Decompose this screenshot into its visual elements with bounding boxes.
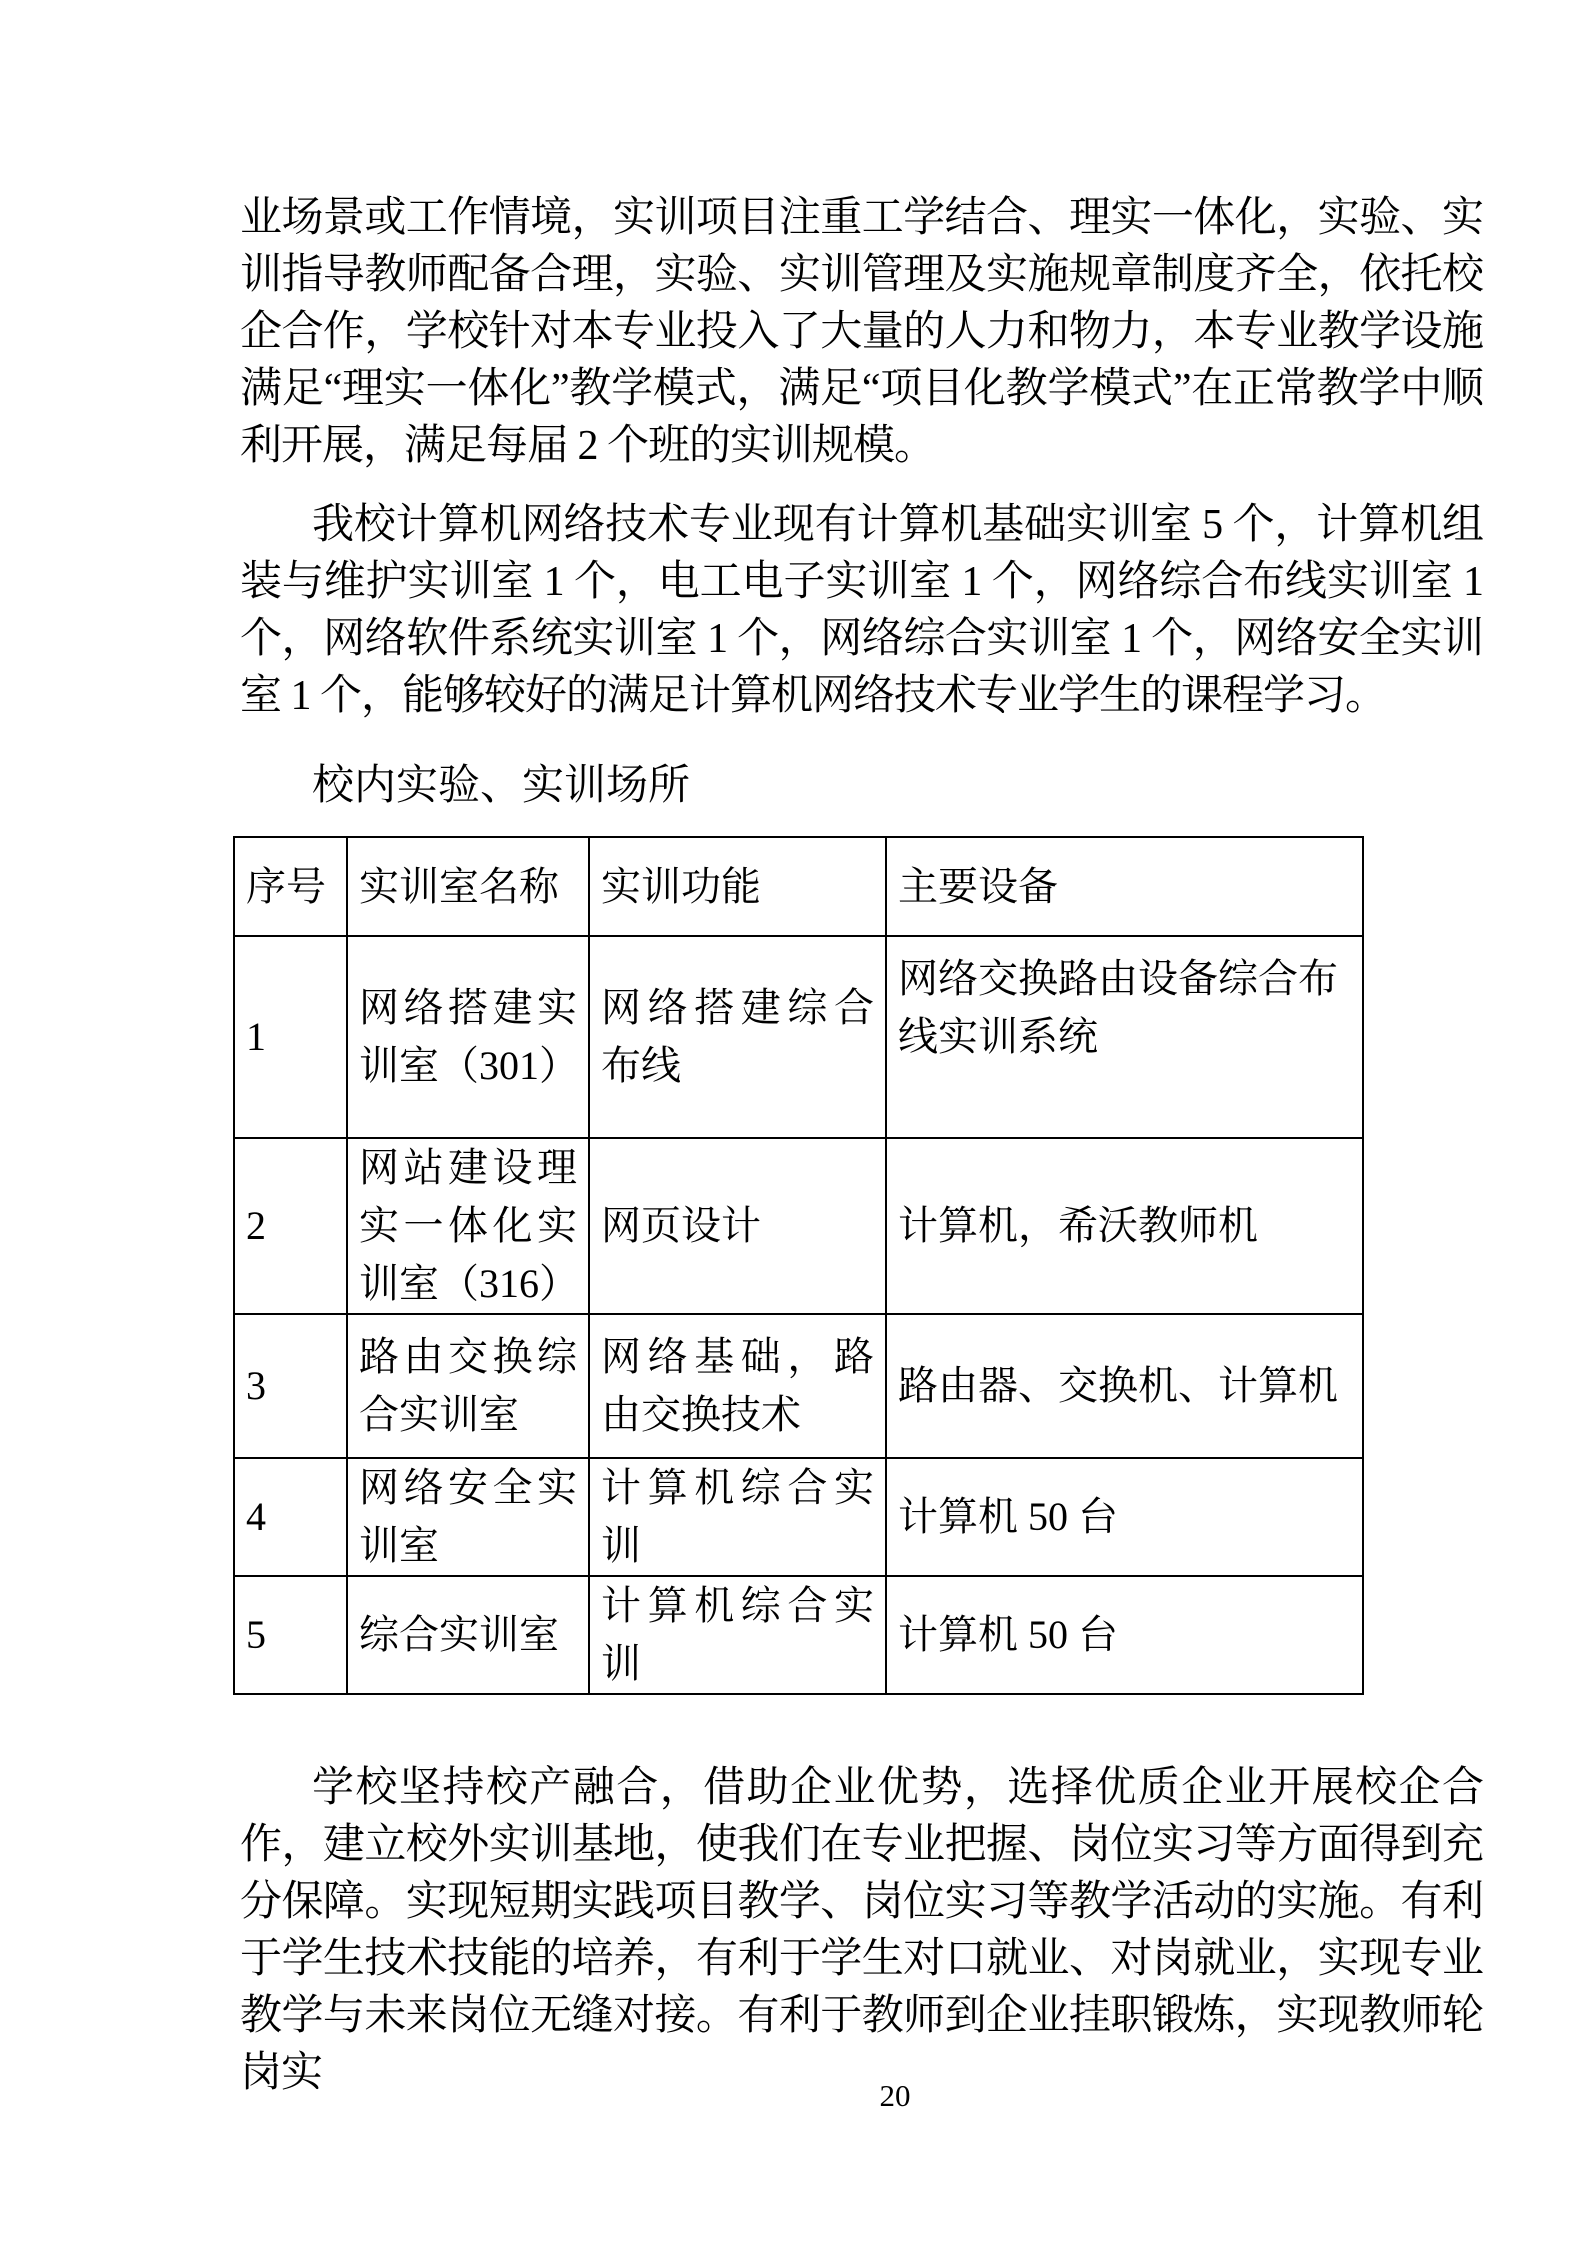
column-header-number: 序号	[234, 837, 347, 936]
cell-function: 计算机综合实训	[589, 1458, 886, 1576]
cell-row-number: 1	[234, 936, 347, 1138]
table-row: 4 网络安全实训室 计算机综合实训 计算机 50 台	[234, 1458, 1363, 1576]
cell-equipment: 计算机，希沃教师机	[886, 1138, 1363, 1314]
cell-room-name: 网络安全实训室	[347, 1458, 589, 1576]
cell-function: 计算机综合实训	[589, 1576, 886, 1694]
cell-function: 网络基础，路由交换技术	[589, 1314, 886, 1458]
column-header-room-name: 实训室名称	[347, 837, 589, 936]
table-header-row: 序号 实训室名称 实训功能 主要设备	[234, 837, 1363, 936]
cell-row-number: 3	[234, 1314, 347, 1458]
cell-function: 网络搭建综合布线	[589, 936, 886, 1138]
page-number: 20	[240, 2078, 1550, 2114]
cell-equipment: 路由器、交换机、计算机	[886, 1314, 1363, 1458]
cell-row-number: 2	[234, 1138, 347, 1314]
paragraph-school-enterprise-cooperation: 学校坚持校产融合，借助企业优势，选择优质企业开展校企合作，建立校外实训基地，使我…	[240, 1760, 1483, 2102]
document-page: 业场景或工作情境，实训项目注重工学结合、理实一体化，实验、实训指导教师配备合理，…	[0, 0, 1587, 2245]
cell-equipment: 计算机 50 台	[886, 1576, 1363, 1694]
cell-room-name: 网站建设理实一体化实训室（316）	[347, 1138, 589, 1314]
paragraph-training-rooms: 我校计算机网络技术专业现有计算机基础实训室 5 个，计算机组装与维护实训室 1 …	[240, 497, 1483, 725]
facilities-table-header: 序号 实训室名称 实训功能 主要设备	[234, 837, 1363, 936]
section-heading-campus-labs: 校内实验、实训场所	[240, 758, 690, 815]
column-header-function: 实训功能	[589, 837, 886, 936]
table-row: 5 综合实训室 计算机综合实训 计算机 50 台	[234, 1576, 1363, 1694]
paragraph-teaching-facilities: 业场景或工作情境，实训项目注重工学结合、理实一体化，实验、实训指导教师配备合理，…	[240, 190, 1483, 475]
cell-equipment: 计算机 50 台	[886, 1458, 1363, 1576]
cell-function: 网页设计	[589, 1138, 886, 1314]
cell-room-name: 综合实训室	[347, 1576, 589, 1694]
table-row: 1 网络搭建实训室（301） 网络搭建综合布线 网络交换路由设备综合布线实训系统	[234, 936, 1363, 1138]
facilities-table: 序号 实训室名称 实训功能 主要设备 1 网络搭建实训室（301） 网络搭建综合…	[233, 836, 1364, 1695]
cell-equipment: 网络交换路由设备综合布线实训系统	[886, 936, 1363, 1138]
cell-room-name: 路由交换综合实训室	[347, 1314, 589, 1458]
cell-row-number: 5	[234, 1576, 347, 1694]
column-header-equipment: 主要设备	[886, 837, 1363, 936]
table-row: 2 网站建设理实一体化实训室（316） 网页设计 计算机，希沃教师机	[234, 1138, 1363, 1314]
cell-row-number: 4	[234, 1458, 347, 1576]
table-row: 3 路由交换综合实训室 网络基础，路由交换技术 路由器、交换机、计算机	[234, 1314, 1363, 1458]
cell-room-name: 网络搭建实训室（301）	[347, 936, 589, 1138]
facilities-table-body: 1 网络搭建实训室（301） 网络搭建综合布线 网络交换路由设备综合布线实训系统…	[234, 936, 1363, 1694]
